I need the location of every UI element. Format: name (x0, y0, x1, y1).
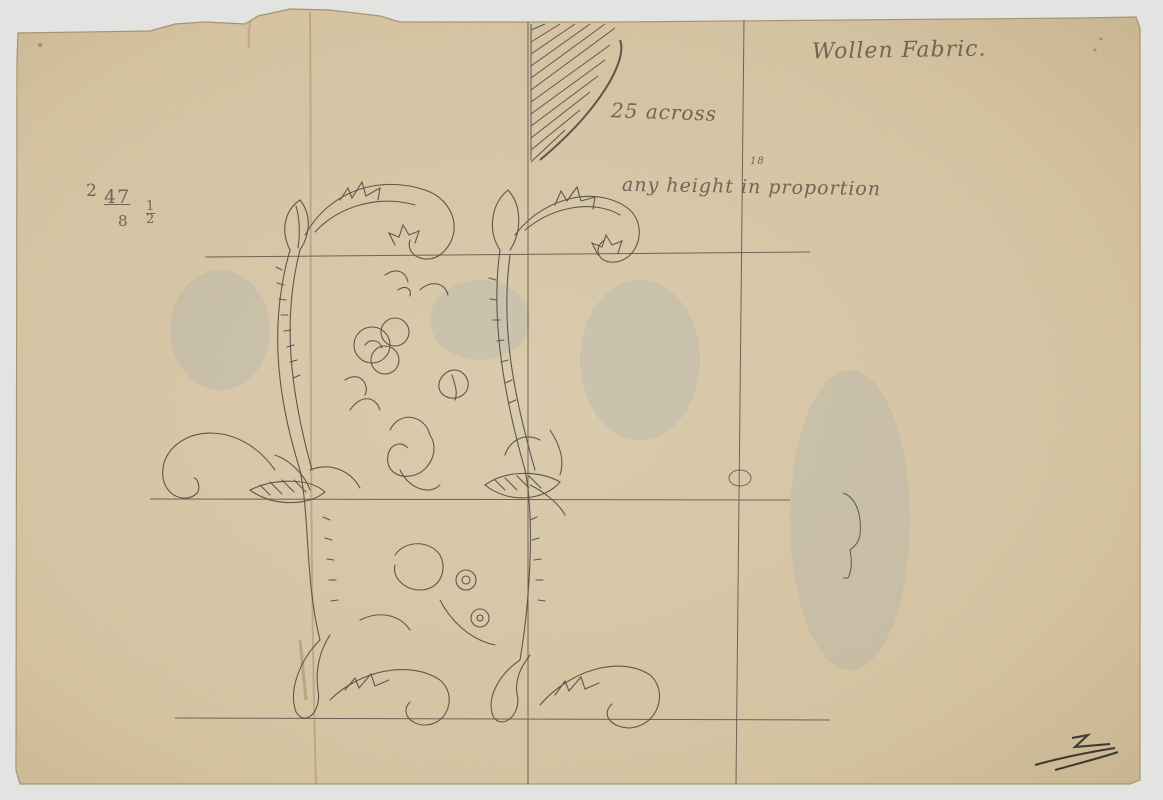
measure-half-den: 2 (146, 214, 155, 226)
paper-sheet (0, 0, 1163, 800)
measure-top: 47 (104, 186, 130, 208)
annotation-height: any height in proportion (622, 174, 881, 201)
measure-bottom: 8 (118, 212, 129, 230)
measure-whole: 2 (86, 181, 98, 201)
annotation-width: 25 across (611, 98, 718, 126)
artwork-canvas: Wollen Fabric. 25 across any height in p… (0, 0, 1163, 800)
annotation-title: Wollen Fabric. (812, 36, 987, 64)
annotation-height-superscript: 18 (750, 156, 765, 167)
measure-half: 1 2 (146, 201, 155, 226)
